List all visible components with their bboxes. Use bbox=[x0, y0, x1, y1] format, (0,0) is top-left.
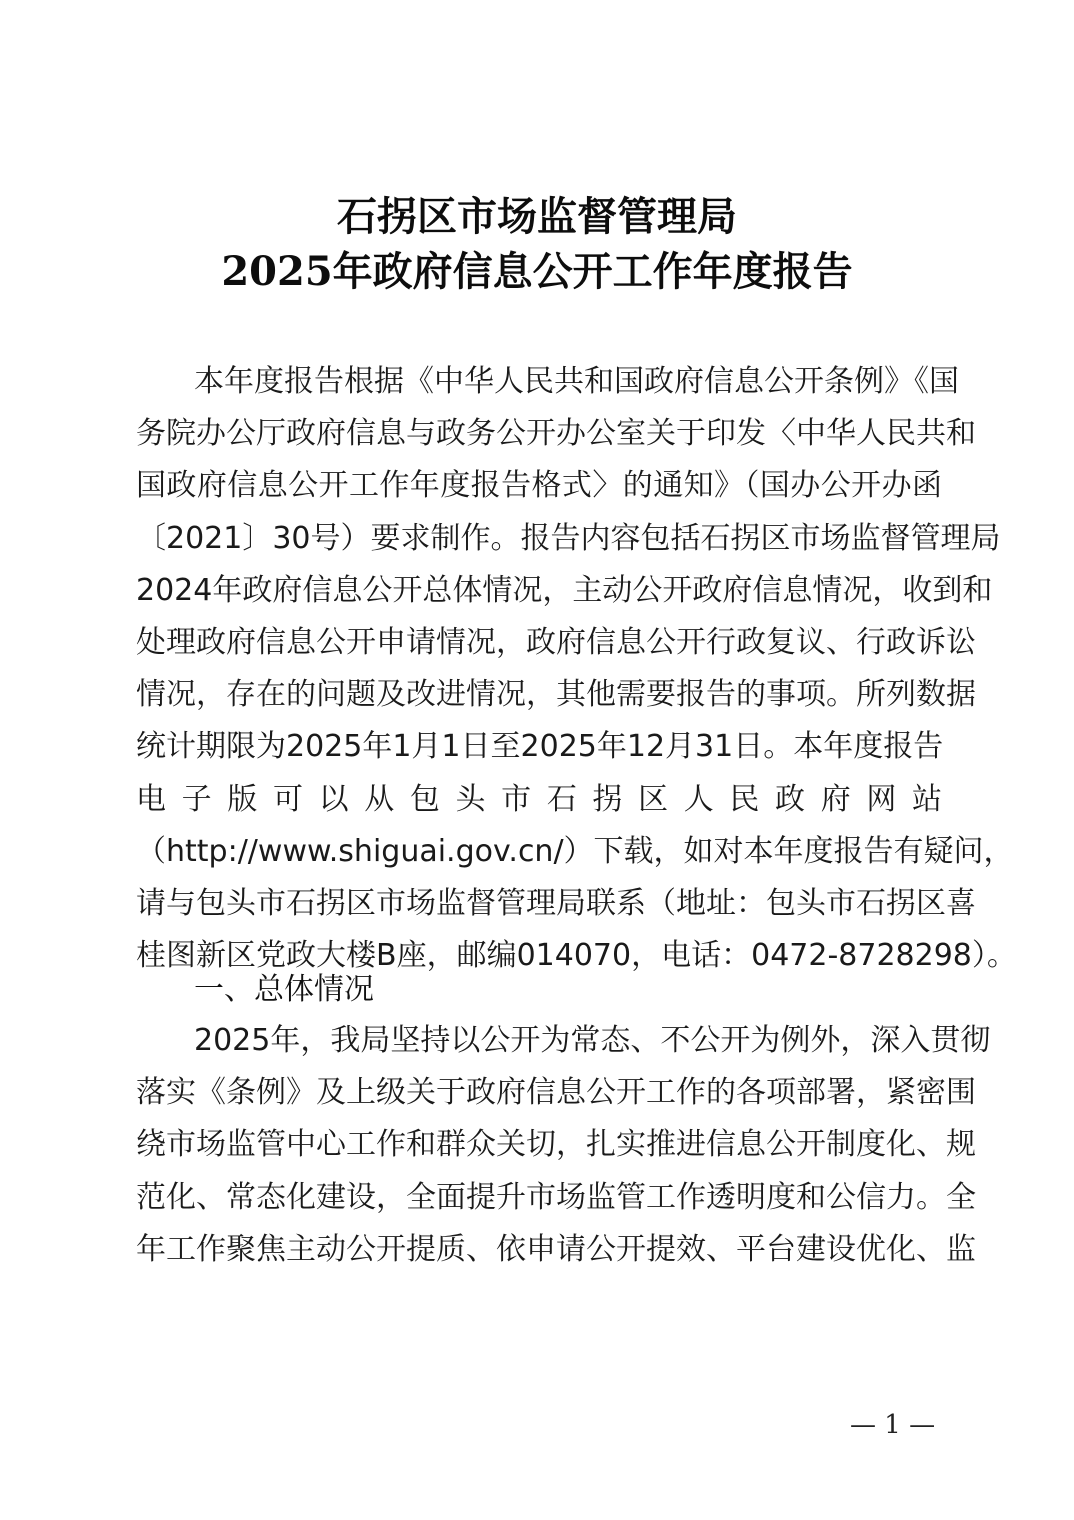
section1-paragraph: 2025年，我局坚持以公开为常态、不公开为例外，深入贯彻 落实《条例》及上级关于… bbox=[136, 1015, 942, 1276]
document-title-line1: 石拐区市场监督管理局 bbox=[0, 190, 1074, 244]
section1-line: 落实《条例》及上级关于政府信息公开工作的各项部署，紧密围 bbox=[136, 1067, 942, 1119]
section1-line: 年工作聚焦主动公开提质、依申请公开提效、平台建设优化、监 bbox=[136, 1224, 942, 1276]
intro-line: 电子版可以从包头市石拐区人民政府网站 bbox=[136, 774, 942, 826]
intro-line: 〔2021〕30号）要求制作。报告内容包括石拐区市场监督管理局 bbox=[136, 513, 942, 565]
intro-line: 处理政府信息公开申请情况，政府信息公开行政复议、行政诉讼 bbox=[136, 617, 942, 669]
page-number: — 1 — bbox=[850, 1410, 935, 1440]
document-title-line2: 2025年政府信息公开工作年度报告 bbox=[0, 245, 1074, 299]
intro-line: 本年度报告根据《中华人民共和国政府信息公开条例》《国 bbox=[136, 356, 942, 408]
section1-line: 绕市场监管中心工作和群众关切，扎实推进信息公开制度化、规 bbox=[136, 1119, 942, 1171]
intro-line: 情况，存在的问题及改进情况，其他需要报告的事项。所列数据 bbox=[136, 669, 942, 721]
intro-paragraph: 本年度报告根据《中华人民共和国政府信息公开条例》《国 务院办公厅政府信息与政务公… bbox=[136, 356, 942, 982]
intro-line: 统计期限为2025年1月1日至2025年12月31日。本年度报告 bbox=[136, 721, 942, 773]
intro-line: 国政府信息公开工作年度报告格式〉的通知》（国办公开办函 bbox=[136, 460, 942, 512]
section-heading-overview: 一、总体情况 bbox=[194, 964, 374, 1016]
intro-line: 请与包头市石拐区市场监督管理局联系（地址：包头市石拐区喜 bbox=[136, 878, 942, 930]
intro-line: （http://www.shiguai.gov.cn/）下载，如对本年度报告有疑… bbox=[136, 826, 942, 878]
section1-line: 2025年，我局坚持以公开为常态、不公开为例外，深入贯彻 bbox=[136, 1015, 942, 1067]
intro-line: 2024年政府信息公开总体情况，主动公开政府信息情况，收到和 bbox=[136, 565, 942, 617]
section1-line: 范化、常态化建设，全面提升市场监管工作透明度和公信力。全 bbox=[136, 1172, 942, 1224]
intro-line: 务院办公厅政府信息与政务公开办公室关于印发〈中华人民共和 bbox=[136, 408, 942, 460]
